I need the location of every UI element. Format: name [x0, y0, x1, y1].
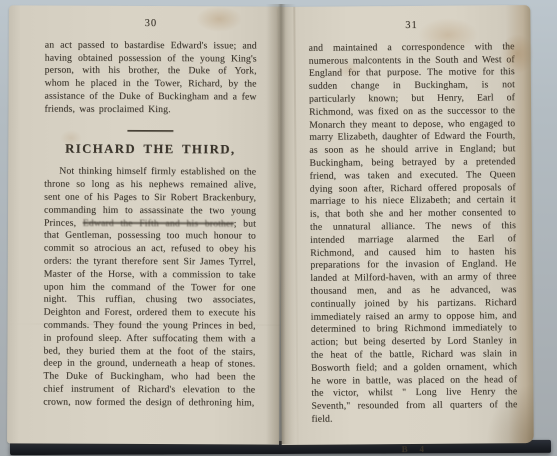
- right-page-text: 31 and maintained a correspondence with …: [308, 19, 517, 456]
- right-page-paragraph: and maintained a correspondence with the…: [309, 41, 518, 427]
- section-rule: [127, 130, 173, 132]
- right-page-number: 31: [308, 19, 514, 33]
- paragraph-2-rest: ; but that Gentleman, possessing too muc…: [43, 218, 256, 408]
- left-page-paragraph-1: an act passed to bastardise Edward's iss…: [44, 39, 256, 117]
- chapter-heading: RICHARD THE THIRD,: [44, 142, 256, 156]
- right-page: 31 and maintained a correspondence with …: [278, 5, 533, 445]
- printer-signature-mark: B 4: [312, 442, 518, 456]
- smudged-phrase: Edward the Fifth and his brother: [83, 217, 234, 229]
- right-page-crease: [293, 7, 298, 445]
- left-page-number: 30: [45, 18, 257, 32]
- left-page: 30 an act passed to bastardise Edward's …: [7, 5, 281, 444]
- left-page-paragraph-2: Not thinking himself firmly established …: [43, 166, 256, 410]
- book-photo-backdrop: 30 an act passed to bastardise Edward's …: [0, 0, 557, 456]
- left-page-text: 30 an act passed to bastardise Edward's …: [43, 18, 257, 410]
